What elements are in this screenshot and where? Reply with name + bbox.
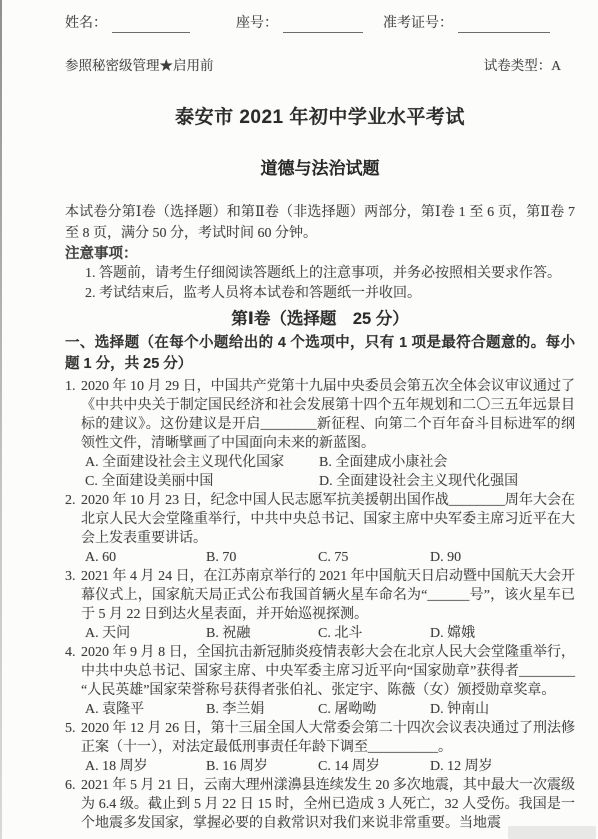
scan-edge-artifact: [0, 0, 2, 839]
notice-item-2: 2. 考试结束后，监考人员将本试卷和答题纸一并收回。: [65, 284, 575, 304]
admission-ticket-label: 准考证号：: [383, 14, 453, 33]
exam-intro-paragraph: 本试卷分第Ⅰ卷（选择题）和第Ⅱ卷（非选择题）两部分，第Ⅰ卷 1 至 6 页，第Ⅱ…: [65, 203, 575, 244]
question-6: 6. 2021 年 5 月 21 日，云南大理州漾濞县连续发生 20 多次地震，…: [65, 776, 575, 833]
question-1-options: A. 全面建设社会主义现代化国家 B. 全面建成小康社会 C. 全面建设美丽中国…: [81, 453, 575, 491]
question-1: 1. 2020 年 10 月 29 日，中国共产党第十九届中央委员会第五次全体会…: [65, 377, 575, 491]
option-a: A. 60: [85, 548, 206, 567]
option-c: C. 北斗: [318, 624, 430, 643]
seat-label: 座号：: [236, 14, 278, 33]
question-number: 5.: [65, 719, 76, 738]
question-3-options: A. 天问 B. 祝融 C. 北斗 D. 嫦娥: [81, 624, 575, 643]
seat-blank-line: [283, 19, 363, 33]
option-d: D. 钟南山: [430, 700, 575, 719]
admission-ticket-blank-line: [458, 19, 550, 33]
option-d: D. 12 周岁: [430, 757, 575, 776]
question-number: 2.: [65, 491, 76, 510]
option-a: A. 全面建设社会主义现代化国家: [85, 453, 319, 472]
question-list: 1. 2020 年 10 月 29 日，中国共产党第十九届中央委员会第五次全体会…: [65, 377, 575, 833]
question-5-options: A. 18 周岁 B. 16 周岁 C. 14 周岁 D. 12 周岁: [81, 757, 575, 776]
option-c: C. 75: [318, 548, 430, 567]
question-number: 6.: [65, 776, 76, 795]
question-text: 2020 年 12 月 26 日，第十三届全国人大常委会第二十四次会议表决通过了…: [81, 719, 575, 757]
option-b: B. 70: [206, 548, 318, 567]
option-d: D. 90: [430, 548, 575, 567]
exam-subject-title: 道德与法治试题: [65, 158, 575, 180]
security-note: 参照秘密级管理★启用前: [65, 56, 214, 75]
seat-field: 座号：: [236, 14, 363, 33]
exam-paper-page: 姓名： 座号： 准考证号： 参照秘密级管理★启用前 试卷类型：A 泰安市 202…: [0, 0, 598, 839]
section1-instruction: 一、选择题（在每个小题给出的 4 个选项中，只有 1 项是最符合题意的。每小题 …: [65, 333, 575, 374]
exam-title: 泰安市 2021 年初中学业水平考试: [65, 105, 575, 131]
option-c: C. 全面建设美丽中国: [85, 472, 319, 491]
name-field: 姓名：: [65, 14, 190, 33]
option-c: C. 屠呦呦: [318, 700, 430, 719]
option-b: B. 16 周岁: [206, 757, 318, 776]
question-text: 2020 年 10 月 29 日，中国共产党第十九届中央委员会第五次全体会议审议…: [81, 377, 575, 453]
scan-smudge-artifact: [508, 826, 596, 839]
question-number: 4.: [65, 643, 76, 662]
option-d: D. 嫦娥: [430, 624, 575, 643]
security-classification-row: 参照秘密级管理★启用前 试卷类型：A: [65, 56, 575, 75]
option-c: C. 14 周岁: [318, 757, 430, 776]
option-a: A. 袁隆平: [85, 700, 206, 719]
name-label: 姓名：: [65, 14, 107, 33]
option-a: A. 天问: [85, 624, 206, 643]
candidate-info-row: 姓名： 座号： 准考证号：: [65, 14, 575, 33]
notice-title: 注意事项：: [65, 245, 575, 264]
question-text: 2020 年 10 月 23 日，纪念中国人民志愿军抗美援朝出国作战______…: [81, 491, 575, 548]
question-4: 4. 2020 年 9 月 8 日，全国抗击新冠肺炎疫情表彰大会在北京人民大会堂…: [65, 643, 575, 719]
section1-title: 第Ⅰ卷（选择题 25 分）: [65, 308, 575, 330]
question-number: 1.: [65, 377, 76, 396]
option-d: D. 全面建设社会主义现代化强国: [319, 472, 575, 491]
question-2: 2. 2020 年 10 月 23 日，纪念中国人民志愿军抗美援朝出国作战___…: [65, 491, 575, 567]
question-3: 3. 2021 年 4 月 24 日，在江苏南京举行的 2021 年中国航天日启…: [65, 567, 575, 643]
option-b: B. 全面建成小康社会: [319, 453, 575, 472]
question-4-options: A. 袁隆平 B. 李兰娟 C. 屠呦呦 D. 钟南山: [81, 700, 575, 719]
page-content: 姓名： 座号： 准考证号： 参照秘密级管理★启用前 试卷类型：A 泰安市 202…: [65, 14, 575, 833]
paper-type-label: 试卷类型：A: [484, 56, 561, 75]
question-text: 2021 年 4 月 24 日，在江苏南京举行的 2021 年中国航天日启动暨中…: [81, 567, 575, 624]
question-text: 2021 年 5 月 21 日，云南大理州漾濞县连续发生 20 多次地震，其中最…: [81, 776, 575, 833]
admission-ticket-field: 准考证号：: [383, 14, 550, 33]
option-b: B. 祝融: [206, 624, 318, 643]
name-blank-line: [112, 19, 190, 33]
question-text: 2020 年 9 月 8 日，全国抗击新冠肺炎疫情表彰大会在北京人民大会堂隆重举…: [81, 643, 575, 700]
option-a: A. 18 周岁: [85, 757, 206, 776]
question-5: 5. 2020 年 12 月 26 日，第十三届全国人大常委会第二十四次会议表决…: [65, 719, 575, 776]
option-b: B. 李兰娟: [206, 700, 318, 719]
question-2-options: A. 60 B. 70 C. 75 D. 90: [81, 548, 575, 567]
notice-item-1: 1. 答题前，请考生仔细阅读答题纸上的注意事项，并务必按照相关要求作答。: [65, 264, 575, 284]
question-number: 3.: [65, 567, 76, 586]
